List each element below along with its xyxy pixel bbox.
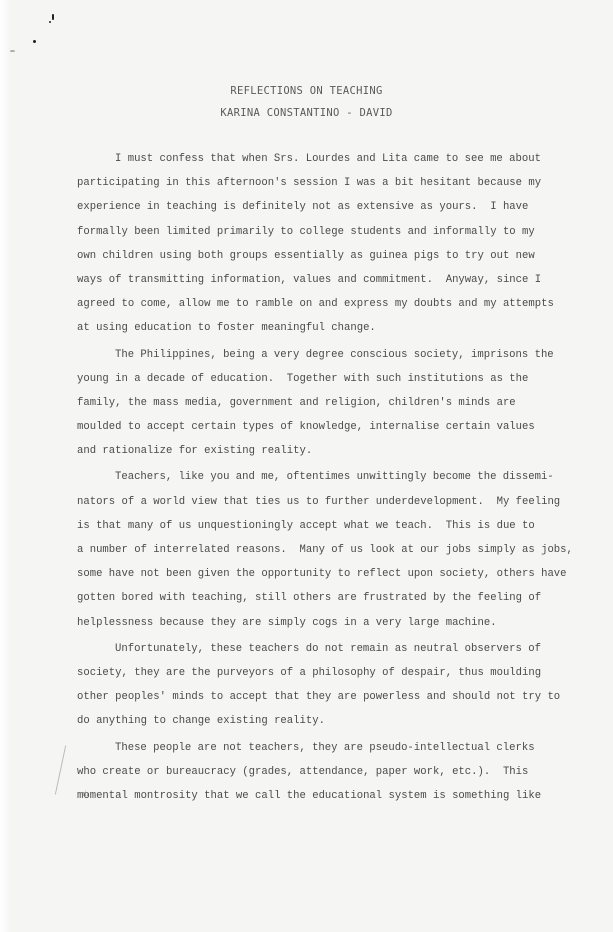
text-line: Unfortunately, these teachers do not rem… [77, 637, 537, 661]
document-page: REFLECTIONS ON TEACHING KARINA CONSTANTI… [0, 0, 613, 932]
text-line: participating in this afternoon's sessio… [77, 171, 537, 195]
text-line: Teachers, like you and me, oftentimes un… [77, 465, 537, 489]
document-author: KARINA CONSTANTINO - DAVID [0, 102, 613, 124]
text-line: who create or bureaucracy (grades, atten… [77, 760, 537, 784]
ink-speck [52, 14, 54, 20]
document-body: I must confess that when Srs. Lourdes an… [77, 147, 537, 808]
document-title: REFLECTIONS ON TEACHING [0, 80, 613, 102]
text-line: a number of interrelated reasons. Many o… [77, 538, 537, 562]
paragraph: Unfortunately, these teachers do not rem… [77, 637, 537, 734]
paragraph: These people are not teachers, they are … [77, 736, 537, 809]
paragraph: Teachers, like you and me, oftentimes un… [77, 465, 537, 634]
text-line: some have not been given the opportunity… [77, 562, 537, 586]
text-line: society, they are the purveyors of a phi… [77, 661, 537, 685]
text-line: formally been limited primarily to colle… [77, 220, 537, 244]
text-line: These people are not teachers, they are … [77, 736, 537, 760]
text-line: nators of a world view that ties us to f… [77, 490, 537, 514]
ink-speck [49, 21, 51, 23]
text-line: experience in teaching is definitely not… [77, 195, 537, 219]
text-line: moulded to accept certain types of knowl… [77, 415, 537, 439]
paragraph: The Philippines, being a very degree con… [77, 343, 537, 464]
text-line: ways of transmitting information, values… [77, 268, 537, 292]
text-line: momental montrosity that we call the edu… [77, 784, 537, 808]
paragraph: I must confess that when Srs. Lourdes an… [77, 147, 537, 341]
text-line: is that many of us unquestioningly accep… [77, 514, 537, 538]
text-line: agreed to come, allow me to ramble on an… [77, 292, 537, 316]
title-block: REFLECTIONS ON TEACHING KARINA CONSTANTI… [0, 80, 613, 124]
text-line: The Philippines, being a very degree con… [77, 343, 537, 367]
text-line: do anything to change existing reality. [77, 709, 537, 733]
margin-stroke [55, 745, 66, 794]
text-line: and rationalize for existing reality. [77, 439, 537, 463]
margin-annotation: ṁ [82, 790, 89, 798]
text-line: at using education to foster meaningful … [77, 316, 537, 340]
text-line: gotten bored with teaching, still others… [77, 586, 537, 610]
text-line: own children using both groups essential… [77, 244, 537, 268]
text-line: helplessness because they are simply cog… [77, 611, 537, 635]
text-line: family, the mass media, government and r… [77, 391, 537, 415]
text-line: I must confess that when Srs. Lourdes an… [77, 147, 537, 171]
ink-speck [33, 40, 36, 43]
text-line: young in a decade of education. Together… [77, 367, 537, 391]
text-line: other peoples' minds to accept that they… [77, 685, 537, 709]
ink-speck [10, 50, 15, 52]
